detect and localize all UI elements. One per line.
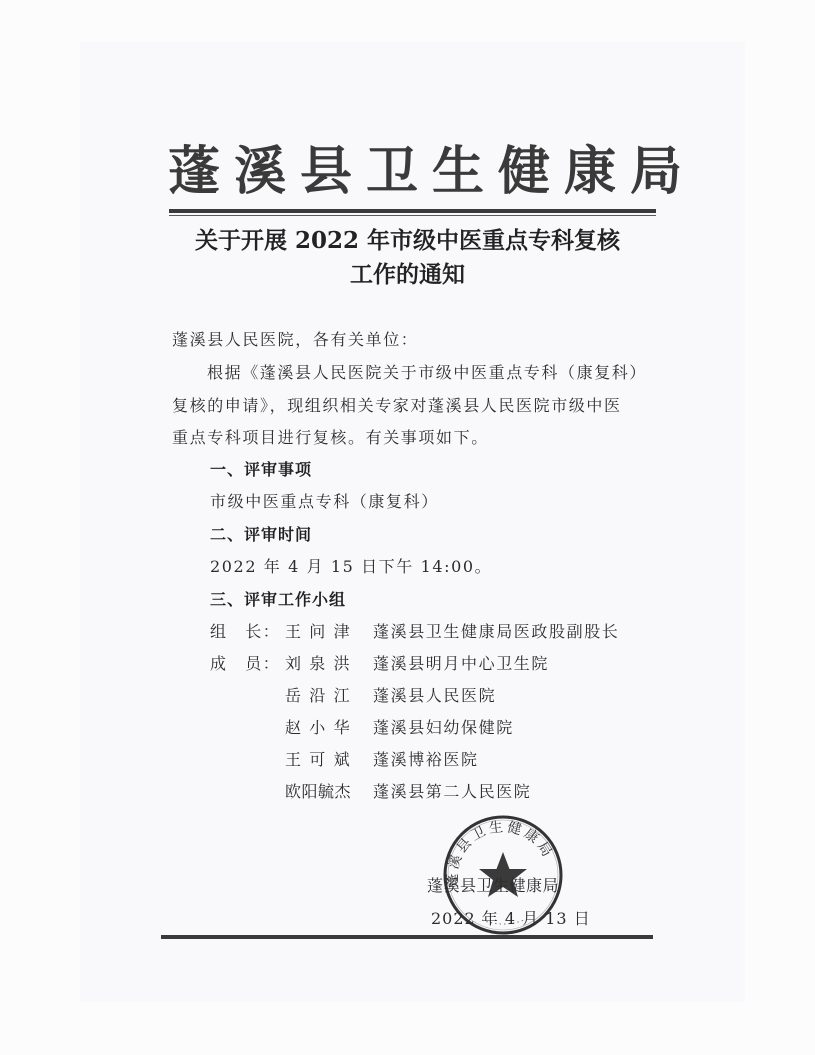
section-content-review-time: 2022 年 4 月 15 日下午 14:00。: [210, 557, 492, 577]
paragraph-line: 重点专科项目进行复核。有关事项如下。: [172, 428, 489, 448]
team-role: 成 员：: [210, 654, 280, 674]
team-member-name: 欧阳毓杰: [285, 782, 351, 802]
section-heading-review-team: 三、评审工作小组: [210, 590, 346, 610]
issue-date: 2022 年 4 月 13 日: [431, 909, 591, 929]
organization-title: 蓬溪县卫生健康局: [168, 142, 660, 202]
paragraph-line: 复核的申请》，现组织相关专家对蓬溪县人民医院市级中医: [172, 396, 622, 416]
footer-rule: [161, 935, 653, 939]
section-content-review-item: 市级中医重点专科（康复科）: [210, 492, 439, 512]
paragraph-line: 根据《蓬溪县人民医院关于市级中医重点专科（康复科）: [207, 363, 647, 383]
notice-title-line-2: 工作的通知: [150, 260, 665, 290]
section-heading-review-time: 二、评审时间: [210, 525, 312, 545]
team-member-affiliation: 蓬溪县人民医院: [373, 686, 496, 706]
team-member-affiliation: 蓬溪县卫生健康局医政股副股长: [373, 622, 619, 642]
team-member-name: 王 可 斌: [285, 750, 351, 770]
team-member-affiliation: 蓬溪县第二人民医院: [373, 782, 531, 802]
issuer-signature: 蓬溪县卫生健康局: [427, 876, 559, 896]
team-member-affiliation: 蓬溪县妇幼保健院: [373, 718, 514, 738]
salutation: 蓬溪县人民医院，各有关单位：: [172, 330, 418, 350]
team-role: 组 长：: [210, 622, 280, 642]
team-member-name: 刘 泉 洪: [285, 654, 351, 674]
notice-title-line-1: 关于开展 2022 年市级中医重点专科复核: [150, 226, 665, 256]
header-rule-thin: [169, 215, 656, 216]
team-member-name: 赵 小 华: [285, 718, 351, 738]
team-member-name: 岳 沿 江: [285, 686, 351, 706]
team-member-affiliation: 蓬溪县明月中心卫生院: [373, 654, 549, 674]
header-rule-thick: [169, 209, 656, 213]
section-heading-review-item: 一、评审事项: [210, 460, 312, 480]
team-member-affiliation: 蓬溪博裕医院: [373, 750, 479, 770]
team-member-name: 王 问 津: [285, 622, 351, 642]
